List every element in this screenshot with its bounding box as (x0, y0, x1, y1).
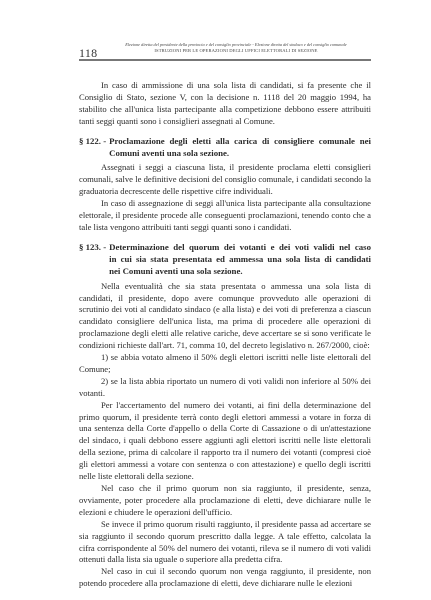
paragraph: In caso di assegnazione di seggi all'uni… (79, 198, 371, 234)
section-123-heading: § 123. - Determinazione del quorum dei v… (79, 242, 371, 278)
paragraph: Nel caso in cui il secondo quorum non ve… (79, 566, 371, 590)
page-header: 118 Elezione diretta del presidente dell… (79, 42, 371, 60)
section-number: § 122. - (79, 136, 109, 160)
section-title-line: in cui sia stata presentata ed ammessa u… (109, 254, 371, 266)
page-body: In caso di ammissione di una sola lista … (79, 80, 371, 590)
paragraph: Per l'accertamento del numero dei votant… (79, 400, 371, 483)
list-item: 1) se abbia votato almeno il 50% degli e… (79, 352, 371, 376)
list-item: 2) se la lista abbia riportato un numero… (79, 376, 371, 400)
section-title-line: Proclamazione degli eletti alla carica d… (109, 136, 371, 148)
section-number: § 123. - (79, 242, 109, 278)
section-title-line: nei Comuni aventi una sola sezione. (109, 266, 371, 278)
paragraph: Nel caso che il primo quorum non sia rag… (79, 483, 371, 519)
section-title-line: Comuni aventi una sola sezione. (109, 148, 371, 160)
header-rule (79, 59, 371, 61)
running-title: Elezione diretta del presidente della pr… (101, 42, 371, 54)
intro-paragraph: In caso di ammissione di una sola lista … (79, 80, 371, 128)
section-122-heading: § 122. - Proclamazione degli eletti alla… (79, 136, 371, 160)
paragraph: Assegnati i seggi a ciascuna lista, il p… (79, 162, 371, 198)
section-title-line: Determinazione del quorum dei votanti e … (109, 242, 371, 254)
paragraph: Se invece il primo quorum risulti raggiu… (79, 519, 371, 567)
running-title-line2: ISTRUZIONI PER LE OPERAZIONI DEGLI UFFIC… (101, 48, 371, 54)
paragraph: Nella eventualità che sia stata presenta… (79, 281, 371, 352)
